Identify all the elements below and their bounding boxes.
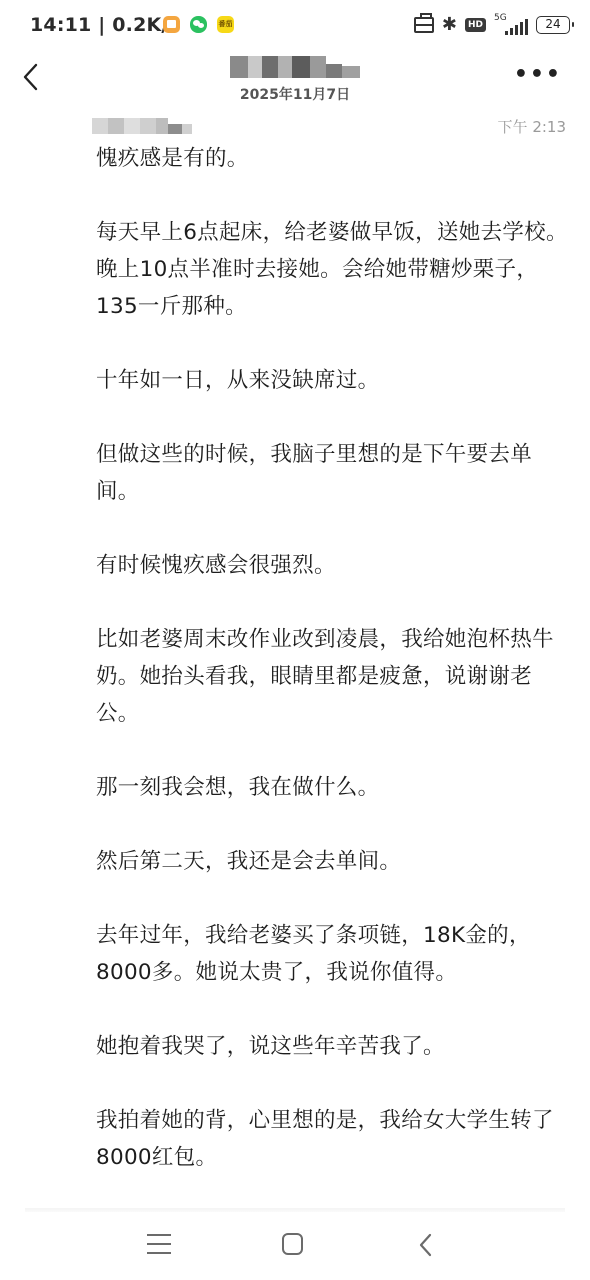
chat-date: 2025年11月7日	[0, 84, 590, 104]
message-time: 下午 2:13	[498, 116, 566, 137]
paragraph: 比如老婆周末改作业改到凌晨，我给她泡杯热牛奶。她抬头看我，眼睛里都是疲惫，说谢谢…	[96, 621, 574, 732]
fanqie-novel-icon: 番茄	[217, 16, 234, 33]
paragraph: 十年如一日，从来没缺席过。	[96, 362, 574, 399]
paragraph: 愧疚感是有的。	[96, 140, 574, 177]
5g-signal-icon: 5G	[494, 15, 528, 35]
message-meta: 下午 2:13	[0, 114, 590, 140]
paragraph: 她抱着我哭了，说这些年辛苦我了。	[96, 1028, 574, 1065]
home-button[interactable]	[282, 1233, 303, 1255]
paragraph: 去年过年，我给老婆买了条项链，18K金的，8000多。她说太贵了，我说你值得。	[96, 917, 574, 991]
paragraph: 有时候愧疚感会很强烈。	[96, 547, 574, 584]
screen: 14:11 | 0.2K/s 番茄 ✱ HD 5G 24	[0, 0, 590, 1280]
signal-bars-icon	[505, 19, 528, 35]
wechat-icon	[190, 16, 207, 33]
system-nav-bar	[0, 1212, 590, 1280]
hd-voice-icon: HD	[465, 18, 486, 32]
chat-header: 2025年11月7日 •••	[0, 52, 590, 108]
recent-apps-button[interactable]	[147, 1234, 171, 1256]
paragraph: 我拍着她的背，心里想的是，我给女大学生转了8000红包。	[96, 1102, 574, 1176]
paragraph: 每天早上6点起床，给老婆做早饭，送她去学校。晚上10点半准时去接她。会给她带糖炒…	[96, 214, 574, 325]
message-content: 愧疚感是有的。 每天早上6点起床，给老婆做早饭，送她去学校。晚上10点半准时去接…	[96, 140, 574, 1213]
paragraph: 那一刻我会想，我在做什么。	[96, 769, 574, 806]
paragraph: 然后第二天，我还是会去单间。	[96, 843, 574, 880]
blurred-sender-name	[92, 118, 192, 134]
header-title-block: 2025年11月7日	[0, 56, 590, 104]
more-options-button[interactable]: •••	[514, 70, 562, 80]
blurred-contact-name	[230, 56, 360, 78]
status-bar: 14:11 | 0.2K/s 番茄 ✱ HD 5G 24	[0, 0, 590, 52]
notes-icon	[163, 16, 180, 33]
chevron-left-icon	[418, 1232, 434, 1258]
status-time-speed: 14:11 | 0.2K/s	[30, 14, 180, 36]
paragraph: 但做这些的时候，我脑子里想的是下午要去单间。	[96, 436, 574, 510]
work-profile-icon	[414, 17, 434, 33]
bluetooth-icon: ✱	[442, 16, 457, 34]
battery-icon: 24	[536, 16, 570, 34]
system-back-button[interactable]	[418, 1232, 434, 1258]
status-right-icons: ✱ HD 5G 24	[414, 13, 570, 37]
